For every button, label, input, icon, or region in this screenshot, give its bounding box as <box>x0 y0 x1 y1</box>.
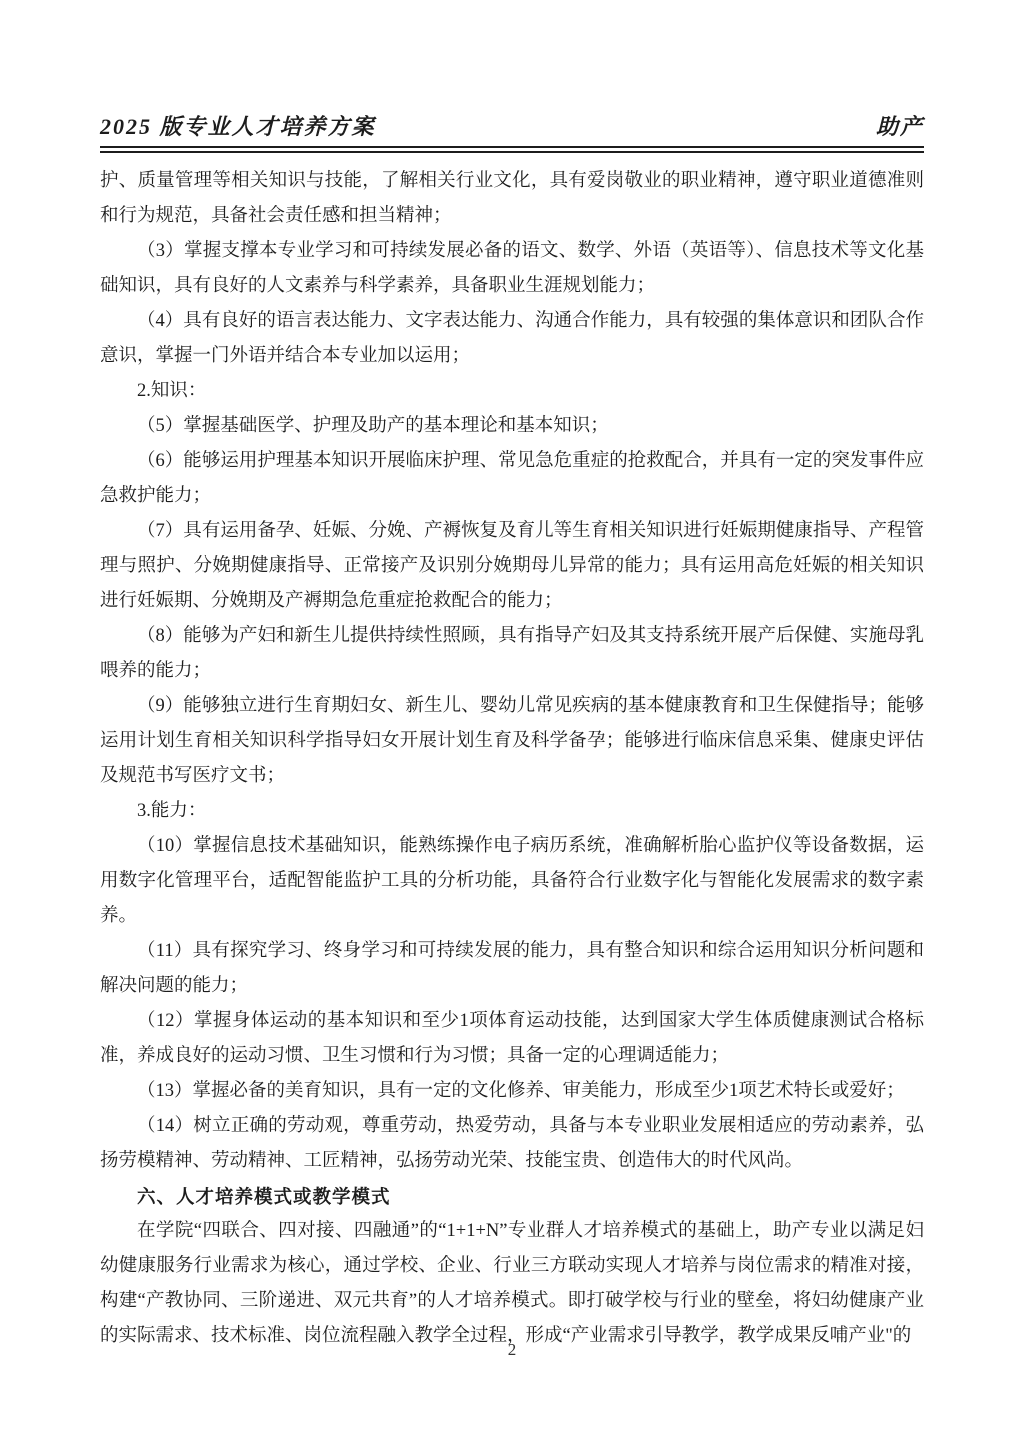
paragraph-item-10: （10）掌握信息技术基础知识，能熟练操作电子病历系统，准确解析胎心监护仪等设备数… <box>100 829 924 934</box>
page-number: 2 <box>508 1340 517 1359</box>
paragraph-continuation: 护、质量管理等相关知识与技能，了解相关行业文化，具有爱岗敬业的职业精神，遵守职业… <box>100 164 924 234</box>
paragraph-item-6: （6）能够运用护理基本知识开展临床护理、常见急危重症的抢救配合，并具有一定的突发… <box>100 444 924 514</box>
subheading-ability: 3.能力： <box>100 794 924 829</box>
paragraph-item-11: （11）具有探究学习、终身学习和可持续发展的能力，具有整合知识和综合运用知识分析… <box>100 934 924 1004</box>
header-right-title: 助产 <box>876 112 924 142</box>
document-page: 2025 版专业人才培养方案 助产 护、质量管理等相关知识与技能，了解相关行业文… <box>0 0 1024 1448</box>
paragraph-item-5: （5）掌握基础医学、护理及助产的基本理论和基本知识； <box>100 409 924 444</box>
header-double-rule <box>100 146 924 153</box>
subheading-knowledge: 2.知识： <box>100 374 924 409</box>
paragraph-item-8: （8）能够为产妇和新生儿提供持续性照顾，具有指导产妇及其支持系统开展产后保健、实… <box>100 619 924 689</box>
paragraph-item-4: （4）具有良好的语言表达能力、文字表达能力、沟通合作能力，具有较强的集体意识和团… <box>100 304 924 374</box>
paragraph-item-12: （12）掌握身体运动的基本知识和至少1项体育运动技能，达到国家大学生体质健康测试… <box>100 1004 924 1074</box>
paragraph-item-13: （13）掌握必备的美育知识，具有一定的文化修养、审美能力，形成至少1项艺术特长或… <box>100 1074 924 1109</box>
page-footer: 2 <box>0 1340 1024 1360</box>
document-body: 护、质量管理等相关知识与技能，了解相关行业文化，具有爱岗敬业的职业精神，遵守职业… <box>100 164 924 1354</box>
paragraph-item-9: （9）能够独立进行生育期妇女、新生儿、婴幼儿常见疾病的基本健康教育和卫生保健指导… <box>100 689 924 794</box>
paragraph-item-7: （7）具有运用备孕、妊娠、分娩、产褥恢复及育儿等生育相关知识进行妊娠期健康指导、… <box>100 514 924 619</box>
paragraph-training-mode: 在学院“四联合、四对接、四融通”的“1+1+N”专业群人才培养模式的基础上，助产… <box>100 1214 924 1354</box>
page-header: 2025 版专业人才培养方案 助产 <box>100 112 924 153</box>
paragraph-item-14: （14）树立正确的劳动观，尊重劳动，热爱劳动，具备与本专业职业发展相适应的劳动素… <box>100 1109 924 1179</box>
header-left-title: 2025 版专业人才培养方案 <box>100 112 376 142</box>
paragraph-item-3: （3）掌握支撑本专业学习和可持续发展必备的语文、数学、外语（英语等）、信息技术等… <box>100 234 924 304</box>
section-heading-six: 六、人才培养模式或教学模式 <box>100 1179 924 1214</box>
